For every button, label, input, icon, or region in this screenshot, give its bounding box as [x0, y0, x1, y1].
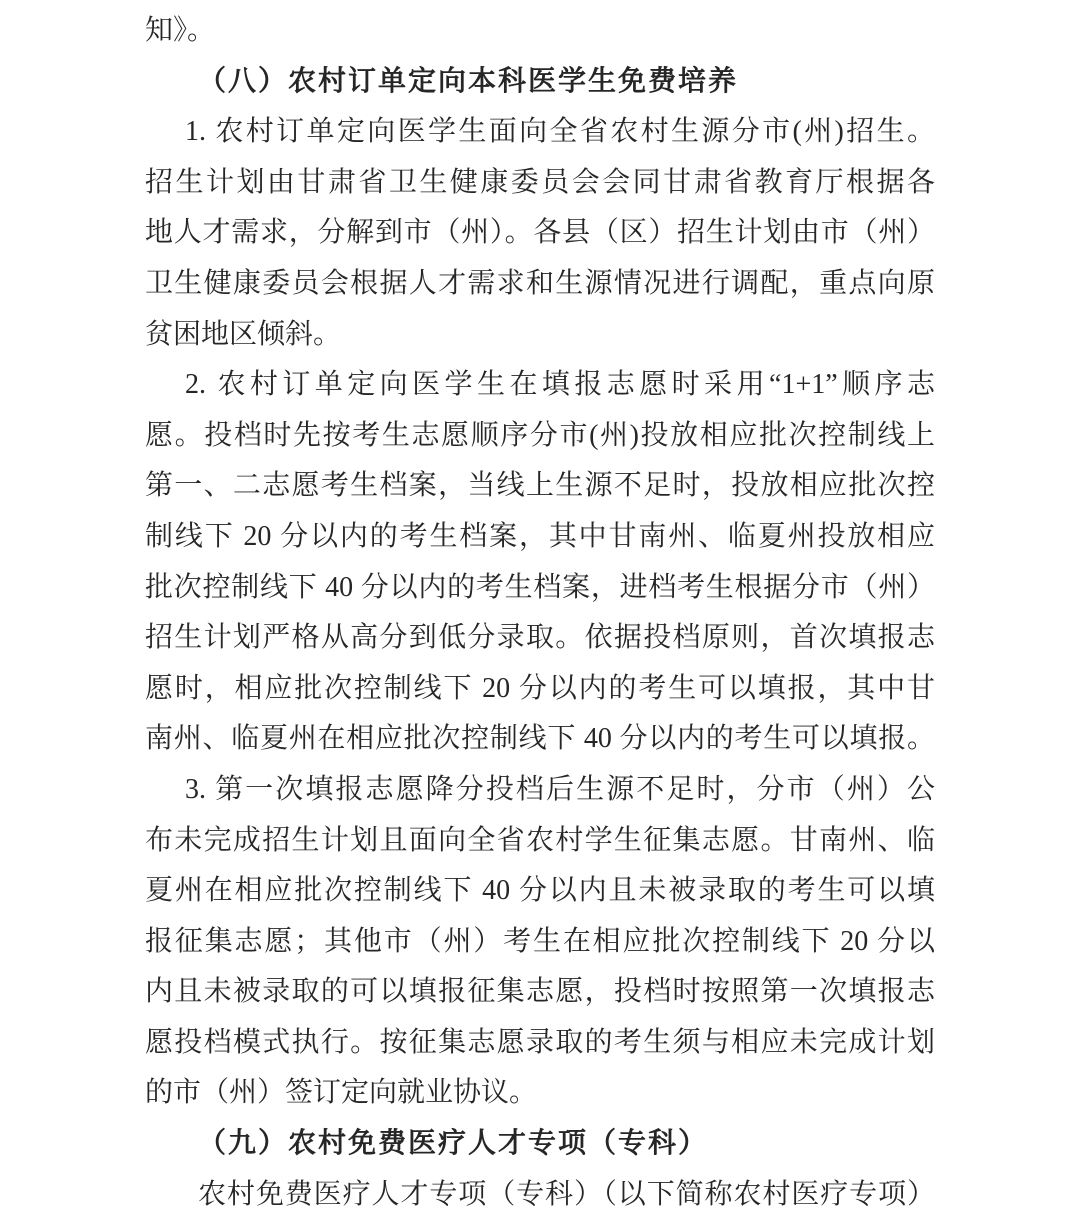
line-16: 3. 第一次填报志愿降分投档后生源不足时，分市（州）公: [145, 765, 935, 816]
line-20: 内且未被录取的可以填报征集志愿，投档时按照第一次填报志: [145, 967, 935, 1018]
line-15: 南州、临夏州在相应批次控制线下 40 分以内的考生可以填报。: [145, 714, 935, 765]
line-03: 1. 农村订单定向医学生面向全省农村生源分市(州)招生。: [145, 107, 935, 158]
line-09: 愿。投档时先按考生志愿顺序分市(州)投放相应批次控制线上: [145, 411, 935, 462]
line-14: 愿时，相应批次控制线下 20 分以内的考生可以填报，其中甘: [145, 664, 935, 715]
line-21: 愿投档模式执行。按征集志愿录取的考生须与相应未完成计划: [145, 1018, 935, 1069]
line-18: 夏州在相应批次控制线下 40 分以内且未被录取的考生可以填: [145, 866, 935, 917]
line-05: 地人才需求，分解到市（州）。各县（区）招生计划由市（州）: [145, 208, 935, 259]
line-06: 卫生健康委员会根据人才需求和生源情况进行调配，重点向原: [145, 259, 935, 310]
document-content: 知》。 （八）农村订单定向本科医学生免费培养 1. 农村订单定向医学生面向全省农…: [0, 0, 1080, 1220]
line-22: 的市（州）签订定向就业协议。: [145, 1068, 935, 1119]
line-17: 布未完成招生计划且面向全省农村学生征集志愿。甘南州、临: [145, 816, 935, 867]
line-13: 招生计划严格从高分到低分录取。依据投档原则，首次填报志: [145, 613, 935, 664]
section-heading-9: （九）农村免费医疗人才专项（专科）: [145, 1119, 935, 1170]
line-08: 2. 农村订单定向医学生在填报志愿时采用“1+1”顺序志: [145, 360, 935, 411]
line-07: 贫困地区倾斜。: [145, 310, 935, 361]
line-10: 第一、二志愿考生档案，当线上生源不足时，投放相应批次控: [145, 461, 935, 512]
line-04: 招生计划由甘肃省卫生健康委员会会同甘肃省教育厅根据各: [145, 158, 935, 209]
line-19: 报征集志愿；其他市（州）考生在相应批次控制线下 20 分以: [145, 917, 935, 968]
line-01: 知》。: [145, 6, 935, 57]
line-12: 批次控制线下 40 分以内的考生档案，进档考生根据分市（州）: [145, 563, 935, 614]
document-page: 知》。 （八）农村订单定向本科医学生免费培养 1. 农村订单定向医学生面向全省农…: [0, 0, 1080, 1227]
section-heading-8: （八）农村订单定向本科医学生免费培养: [145, 57, 935, 108]
line-24: 农村免费医疗人才专项（专科）（以下简称农村医疗专项）: [145, 1170, 935, 1221]
line-11: 制线下 20 分以内的考生档案，其中甘南州、临夏州投放相应: [145, 512, 935, 563]
